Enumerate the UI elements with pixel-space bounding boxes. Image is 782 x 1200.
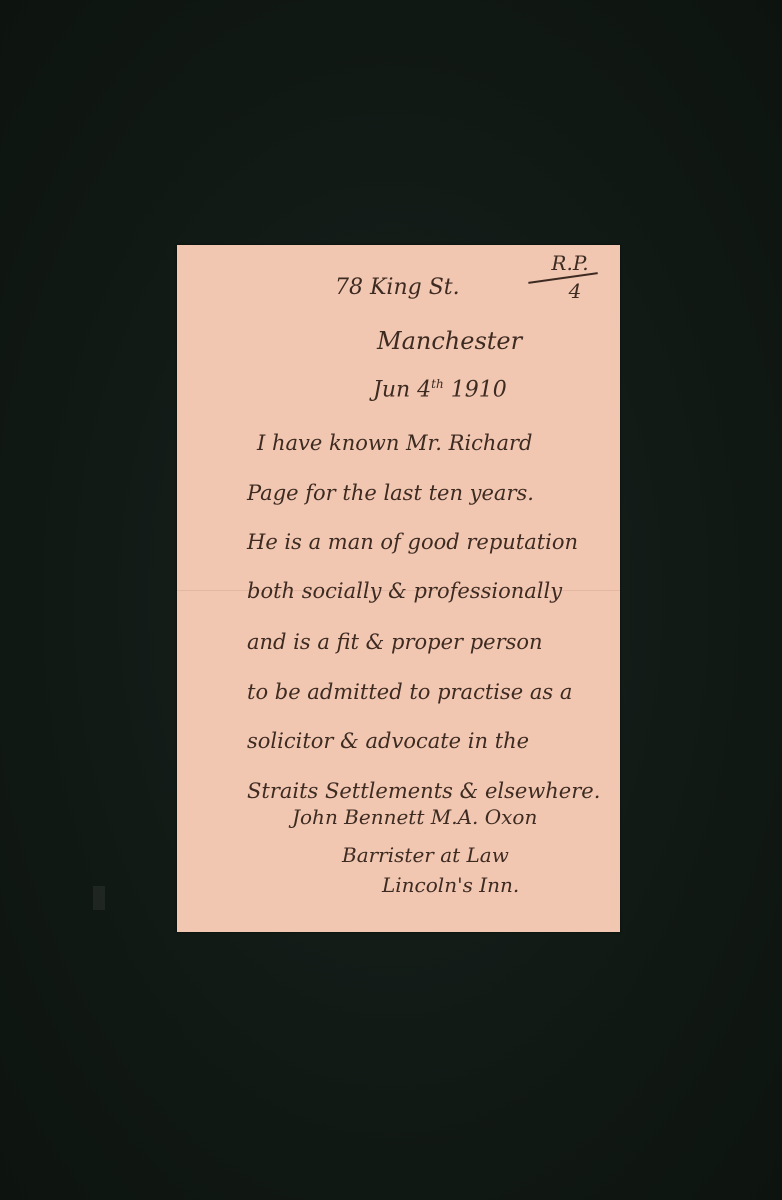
body-line: I have known Mr. Richard — [257, 431, 532, 455]
body-line: Page for the last ten years. — [247, 481, 534, 505]
archive-mark — [93, 886, 105, 910]
address-street: 78 King St. — [335, 275, 460, 300]
signature-title: Barrister at Law — [342, 843, 509, 867]
body-line: solicitor & advocate in the — [247, 729, 529, 753]
date-year: 1910 — [451, 377, 507, 402]
body-line: He is a man of good reputation — [247, 530, 578, 554]
letter-paper: R.P. 4 78 King St. Manchester Jun 4th 19… — [177, 245, 620, 932]
reference-top: R.P. — [528, 251, 598, 275]
letter-date: Jun 4th 1910 — [373, 377, 507, 402]
reference-number: 4 — [528, 279, 598, 303]
body-line: Straits Settlements & elsewhere. — [247, 779, 600, 803]
date-day: Jun 4 — [373, 377, 431, 402]
address-city: Manchester — [377, 327, 522, 355]
body-line: both socially & professionally — [247, 579, 562, 603]
body-line: to be admitted to practise as a — [247, 680, 572, 704]
body-line: and is a fit & proper person — [247, 630, 543, 654]
signature-inn: Lincoln's Inn. — [382, 873, 519, 897]
reference-mark: R.P. 4 — [528, 251, 598, 303]
signature-name: John Bennett M.A. Oxon — [292, 805, 537, 829]
date-suffix: th — [431, 377, 444, 391]
